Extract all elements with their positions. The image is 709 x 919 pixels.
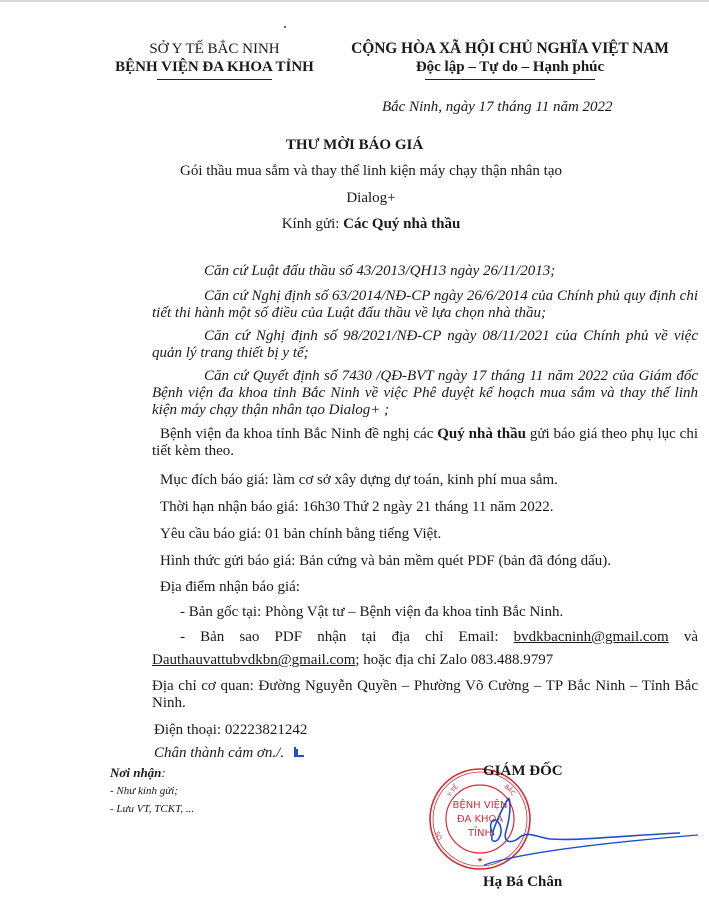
initial-mark-icon <box>292 745 306 759</box>
request-text: Bệnh viện đa khoa tỉnh Bắc Ninh đề nghị … <box>160 426 437 442</box>
email-link-1[interactable]: bvdkbacninh@gmail.com <box>514 629 669 645</box>
legal-basis-4: Căn cứ Quyết định số 7430 /QĐ-BVT ngày 1… <box>152 368 698 419</box>
legal-basis-3: Căn cứ Nghị định số 98/2021/NĐ-CP ngày 0… <box>152 328 698 362</box>
issuer-block: SỞ Y TẾ BẮC NINH BỆNH VIỆN ĐA KHOA TỈNH <box>112 40 317 80</box>
scan-speck <box>284 26 286 28</box>
salutation-prefix: Kính gửi: <box>282 216 343 232</box>
recipients-label: Nơi nhận <box>110 765 161 780</box>
method-line: Hình thức gửi báo giá: Bản cứng và bản m… <box>152 553 698 570</box>
handwritten-signature <box>480 795 700 875</box>
national-title: CỘNG HÒA XÃ HỘI CHỦ NGHĨA VIỆT NAM <box>322 40 698 58</box>
signatory-name: Hạ Bá Chân <box>483 874 562 891</box>
signatory-title: GIÁM ĐỐC <box>483 763 563 780</box>
address-paragraph: Địa chỉ cơ quan: Đường Nguyễn Quyền – Ph… <box>152 678 698 712</box>
recipients-colon: : <box>161 765 165 780</box>
original-copy-line: - Bản gốc tại: Phòng Vật tư – Bệnh viện … <box>152 604 698 621</box>
document-title: THƯ MỜI BÁO GIÁ <box>0 137 709 154</box>
recipients-title: Nơi nhận: <box>110 765 166 781</box>
deadline-line: Thời hạn nhận báo giá: 16h30 Thứ 2 ngày … <box>152 499 698 516</box>
legal-basis-2: Căn cứ Nghị định số 63/2014/NĐ-CP ngày 2… <box>152 288 698 322</box>
purpose-line: Mục đích báo giá: làm cơ sở xây dựng dự … <box>152 472 698 489</box>
issuer-hospital: BỆNH VIỆN ĐA KHOA TỈNH <box>112 58 317 76</box>
closing-line: Chân thành cảm ơn./. <box>154 745 700 762</box>
email-zalo-line: Dauthauvattubvdkbn@gmail.com; hoặc địa c… <box>152 652 698 669</box>
salutation-recipient: Các Quý nhà thầu <box>343 216 460 232</box>
requirement-line: Yêu cầu báo giá: 01 bản chính bằng tiếng… <box>152 526 698 543</box>
request-paragraph: Bệnh viện đa khoa tỉnh Bắc Ninh đề nghị … <box>152 426 698 460</box>
scan-top-edge <box>0 0 709 2</box>
document-subtitle-product: Dialog+ <box>0 190 709 207</box>
document-date: Bắc Ninh, ngày 17 tháng 11 năm 2022 <box>382 99 613 116</box>
zalo-text: ; hoặc địa chỉ Zalo 083.488.9797 <box>355 652 553 668</box>
motto-underline <box>425 79 595 80</box>
national-motto: Độc lập – Tự do – Hạnh phúc <box>322 58 698 76</box>
location-label: Địa điểm nhận báo giá: <box>152 579 698 596</box>
issuer-underline <box>157 79 272 80</box>
issuer-department: SỞ Y TẾ BẮC NINH <box>112 40 317 58</box>
pdf-copy-line: - Bản sao PDF nhận tại địa chỉ Email: bv… <box>152 629 698 646</box>
conjunction: và <box>684 629 698 645</box>
document-subtitle: Gói thầu mua sắm và thay thế linh kiện m… <box>0 163 709 180</box>
pdf-copy-label: - Bản sao PDF nhận tại địa chỉ Email: <box>180 629 514 645</box>
legal-basis-1: Căn cứ Luật đấu thầu số 43/2013/QH13 ngà… <box>152 263 698 280</box>
svg-text:QS: QS <box>434 830 444 841</box>
national-header: CỘNG HÒA XÃ HỘI CHỦ NGHĨA VIỆT NAM Độc l… <box>322 40 698 80</box>
email-link-2[interactable]: Dauthauvattubvdkbn@gmail.com <box>152 652 355 668</box>
request-recipient: Quý nhà thầu <box>437 426 526 442</box>
salutation: Kính gửi: Các Quý nhà thầu <box>0 216 709 233</box>
phone-line: Điện thoại: 02223821242 <box>154 722 700 739</box>
recipient-item: - Lưu VT, TCKT, ... <box>110 803 194 815</box>
recipient-item: - Như kính gửi; <box>110 785 178 797</box>
